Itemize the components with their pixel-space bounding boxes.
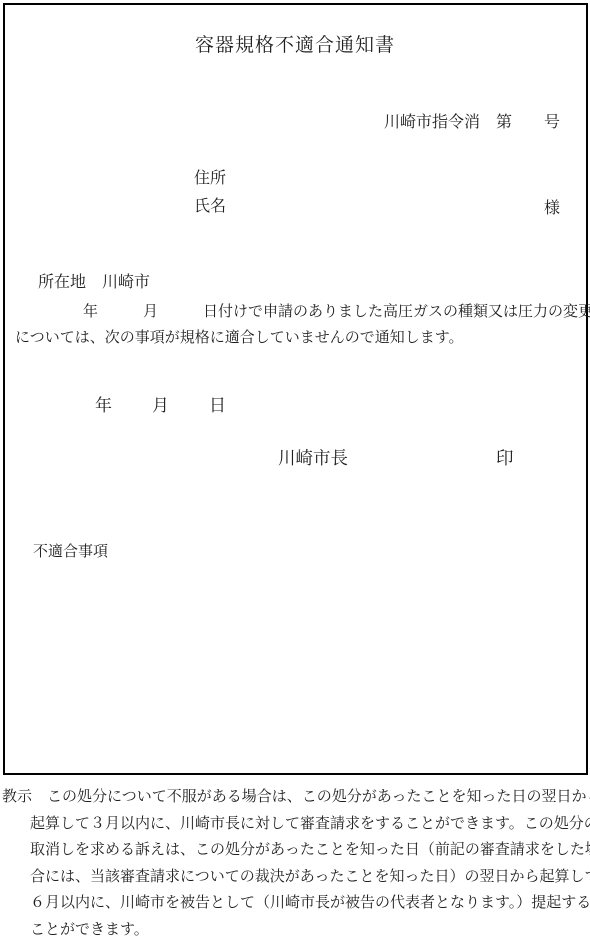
seal-placeholder: 印: [496, 445, 514, 470]
doc-number-line: 川崎市指令消 第 号: [384, 109, 560, 132]
body-paragraph-line-2: については、次の事項が規格に適合していませんので通知します。: [15, 326, 464, 347]
body-paragraph-line-1: 年 月 日付けで申請のありました高圧ガスの種類又は圧力の変更: [83, 300, 590, 321]
document-title: 容器規格不適合通知書: [0, 33, 590, 59]
issue-date-line: 年 月 日: [95, 391, 228, 416]
appeal-notice-line: ６月以内に、川崎市を被告として（川崎市長が被告の代表者となります。）提起する: [0, 890, 588, 917]
appeal-notice-line: 合には、当該審査請求についての裁決があったことを知った日）の翌日から起算して: [0, 864, 588, 891]
recipient-name-label: 氏名: [194, 193, 226, 216]
recipient-honorific: 様: [544, 195, 560, 218]
appeal-notice-line: 取消しを求める訴えは、この処分があったことを知った日（前記の審査請求をした場: [0, 837, 588, 864]
appeal-notice: 教示 この処分について不服がある場合は、この処分があったことを知った日の翌日から…: [0, 784, 588, 938]
recipient-address-label: 住所: [194, 165, 226, 188]
appeal-notice-line: 教示 この処分について不服がある場合は、この処分があったことを知った日の翌日から: [0, 784, 588, 811]
appeal-notice-line: ことができます。: [0, 917, 588, 938]
nonconformity-heading: 不適合事項: [33, 540, 108, 561]
site-location-line: 所在地 川崎市: [38, 269, 150, 292]
mayor-signature-line: 川崎市長: [278, 445, 348, 470]
document-page: 容器規格不適合通知書 川崎市指令消 第 号 住所 氏名 様 所在地 川崎市 年 …: [0, 0, 590, 938]
appeal-notice-line: 起算して３月以内に、川崎市長に対して審査請求をすることができます。この処分の: [0, 811, 588, 838]
